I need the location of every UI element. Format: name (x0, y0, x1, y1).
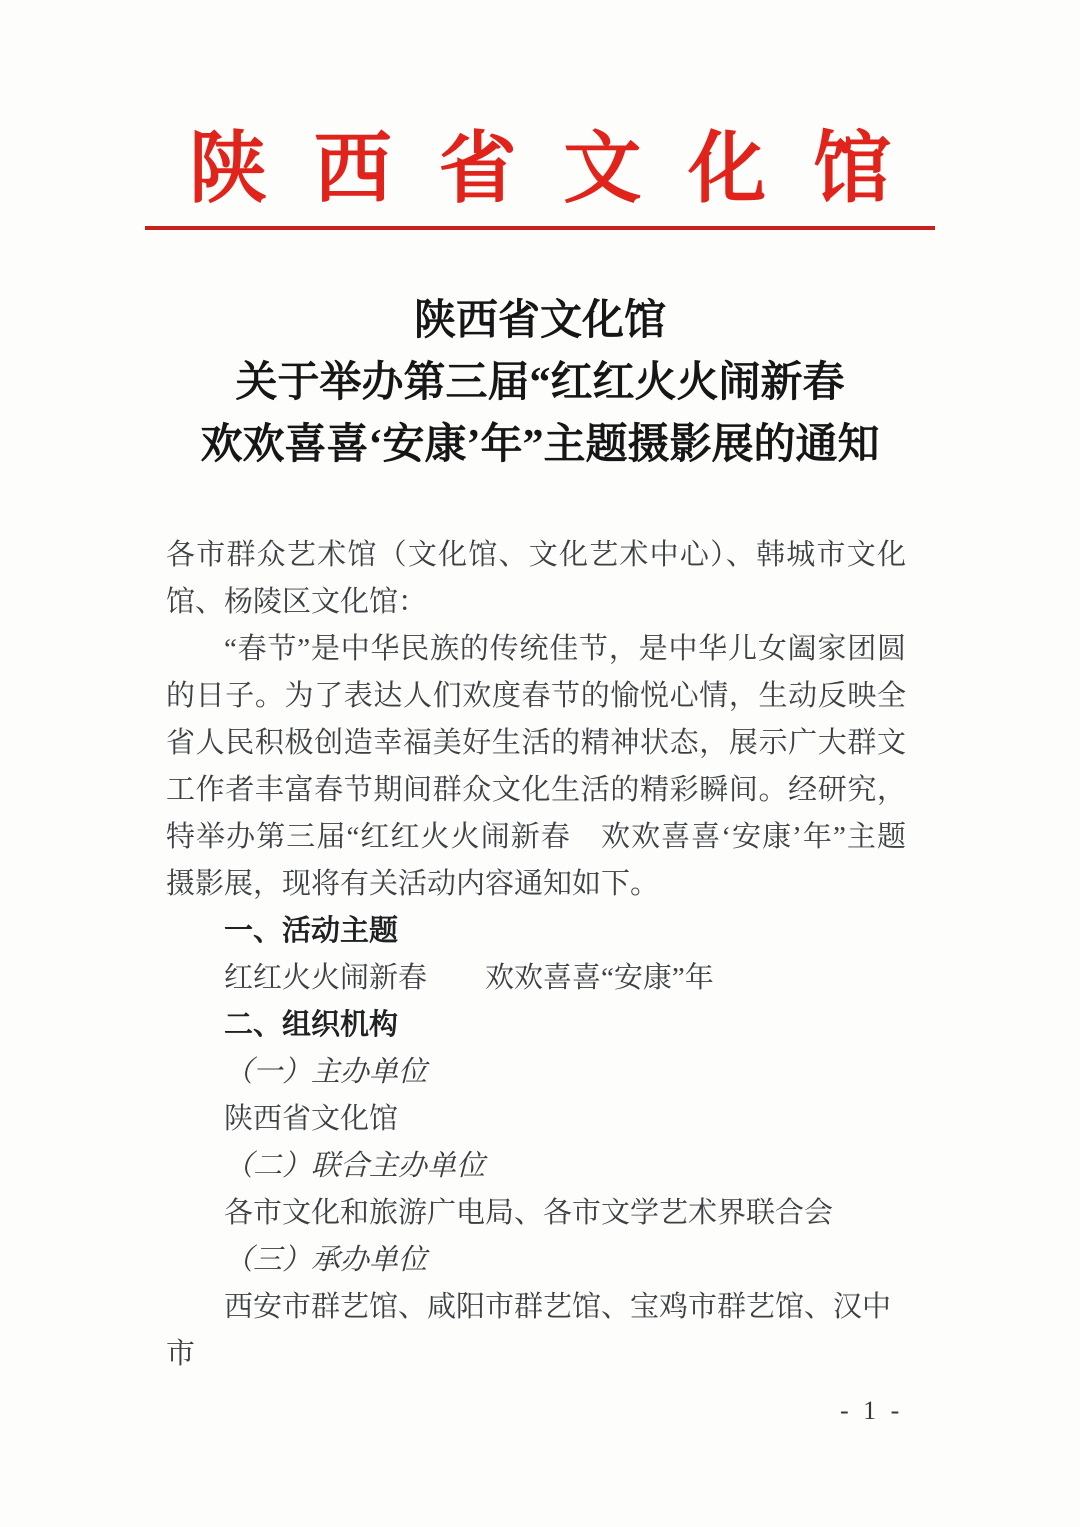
letterhead: 陕西省文化馆 (0, 130, 1080, 230)
sub-section-heading: （二）联合主办单位 (166, 1143, 906, 1190)
sub-section-heading: （一）主办单位 (166, 1049, 906, 1096)
document-title: 陕西省文化馆 关于举办第三届“红红火火闹新春 欢欢喜喜‘安康’年”主题摄影展的通… (40, 290, 1040, 476)
document-body: 各市群众艺术馆（文化馆、文化艺术中心）、韩城市文化馆、杨陵区文化馆：“春节”是中… (166, 532, 906, 1378)
sub-section-heading: （三）承办单位 (166, 1237, 906, 1284)
letterhead-org-name: 陕西省文化馆 (142, 130, 938, 208)
body-paragraph: “春节”是中华民族的传统佳节，是中华儿女阖家团圆的日子。为了表达人们欢度春节的愉… (166, 626, 906, 908)
section-heading: 二、组织机构 (166, 1002, 906, 1049)
title-line-2: 关于举办第三届“红红火火闹新春 (40, 352, 1040, 414)
section-heading: 一、活动主题 (166, 908, 906, 955)
letterhead-rule (145, 226, 935, 230)
page-number: - 1 - (840, 1396, 903, 1426)
document-page: 陕西省文化馆 陕西省文化馆 关于举办第三届“红红火火闹新春 欢欢喜喜‘安康’年”… (0, 0, 1080, 1527)
title-line-3: 欢欢喜喜‘安康’年”主题摄影展的通知 (40, 414, 1040, 476)
body-line: 红红火火闹新春 欢欢喜喜“安康”年 (166, 955, 906, 1002)
title-line-1: 陕西省文化馆 (40, 290, 1040, 352)
body-line: 各市文化和旅游广电局、各市文学艺术界联合会 (166, 1190, 906, 1237)
salutation-paragraph: 各市群众艺术馆（文化馆、文化艺术中心）、韩城市文化馆、杨陵区文化馆： (166, 532, 906, 626)
body-line: 西安市群艺馆、咸阳市群艺馆、宝鸡市群艺馆、汉中市 (166, 1284, 906, 1378)
body-line: 陕西省文化馆 (166, 1096, 906, 1143)
